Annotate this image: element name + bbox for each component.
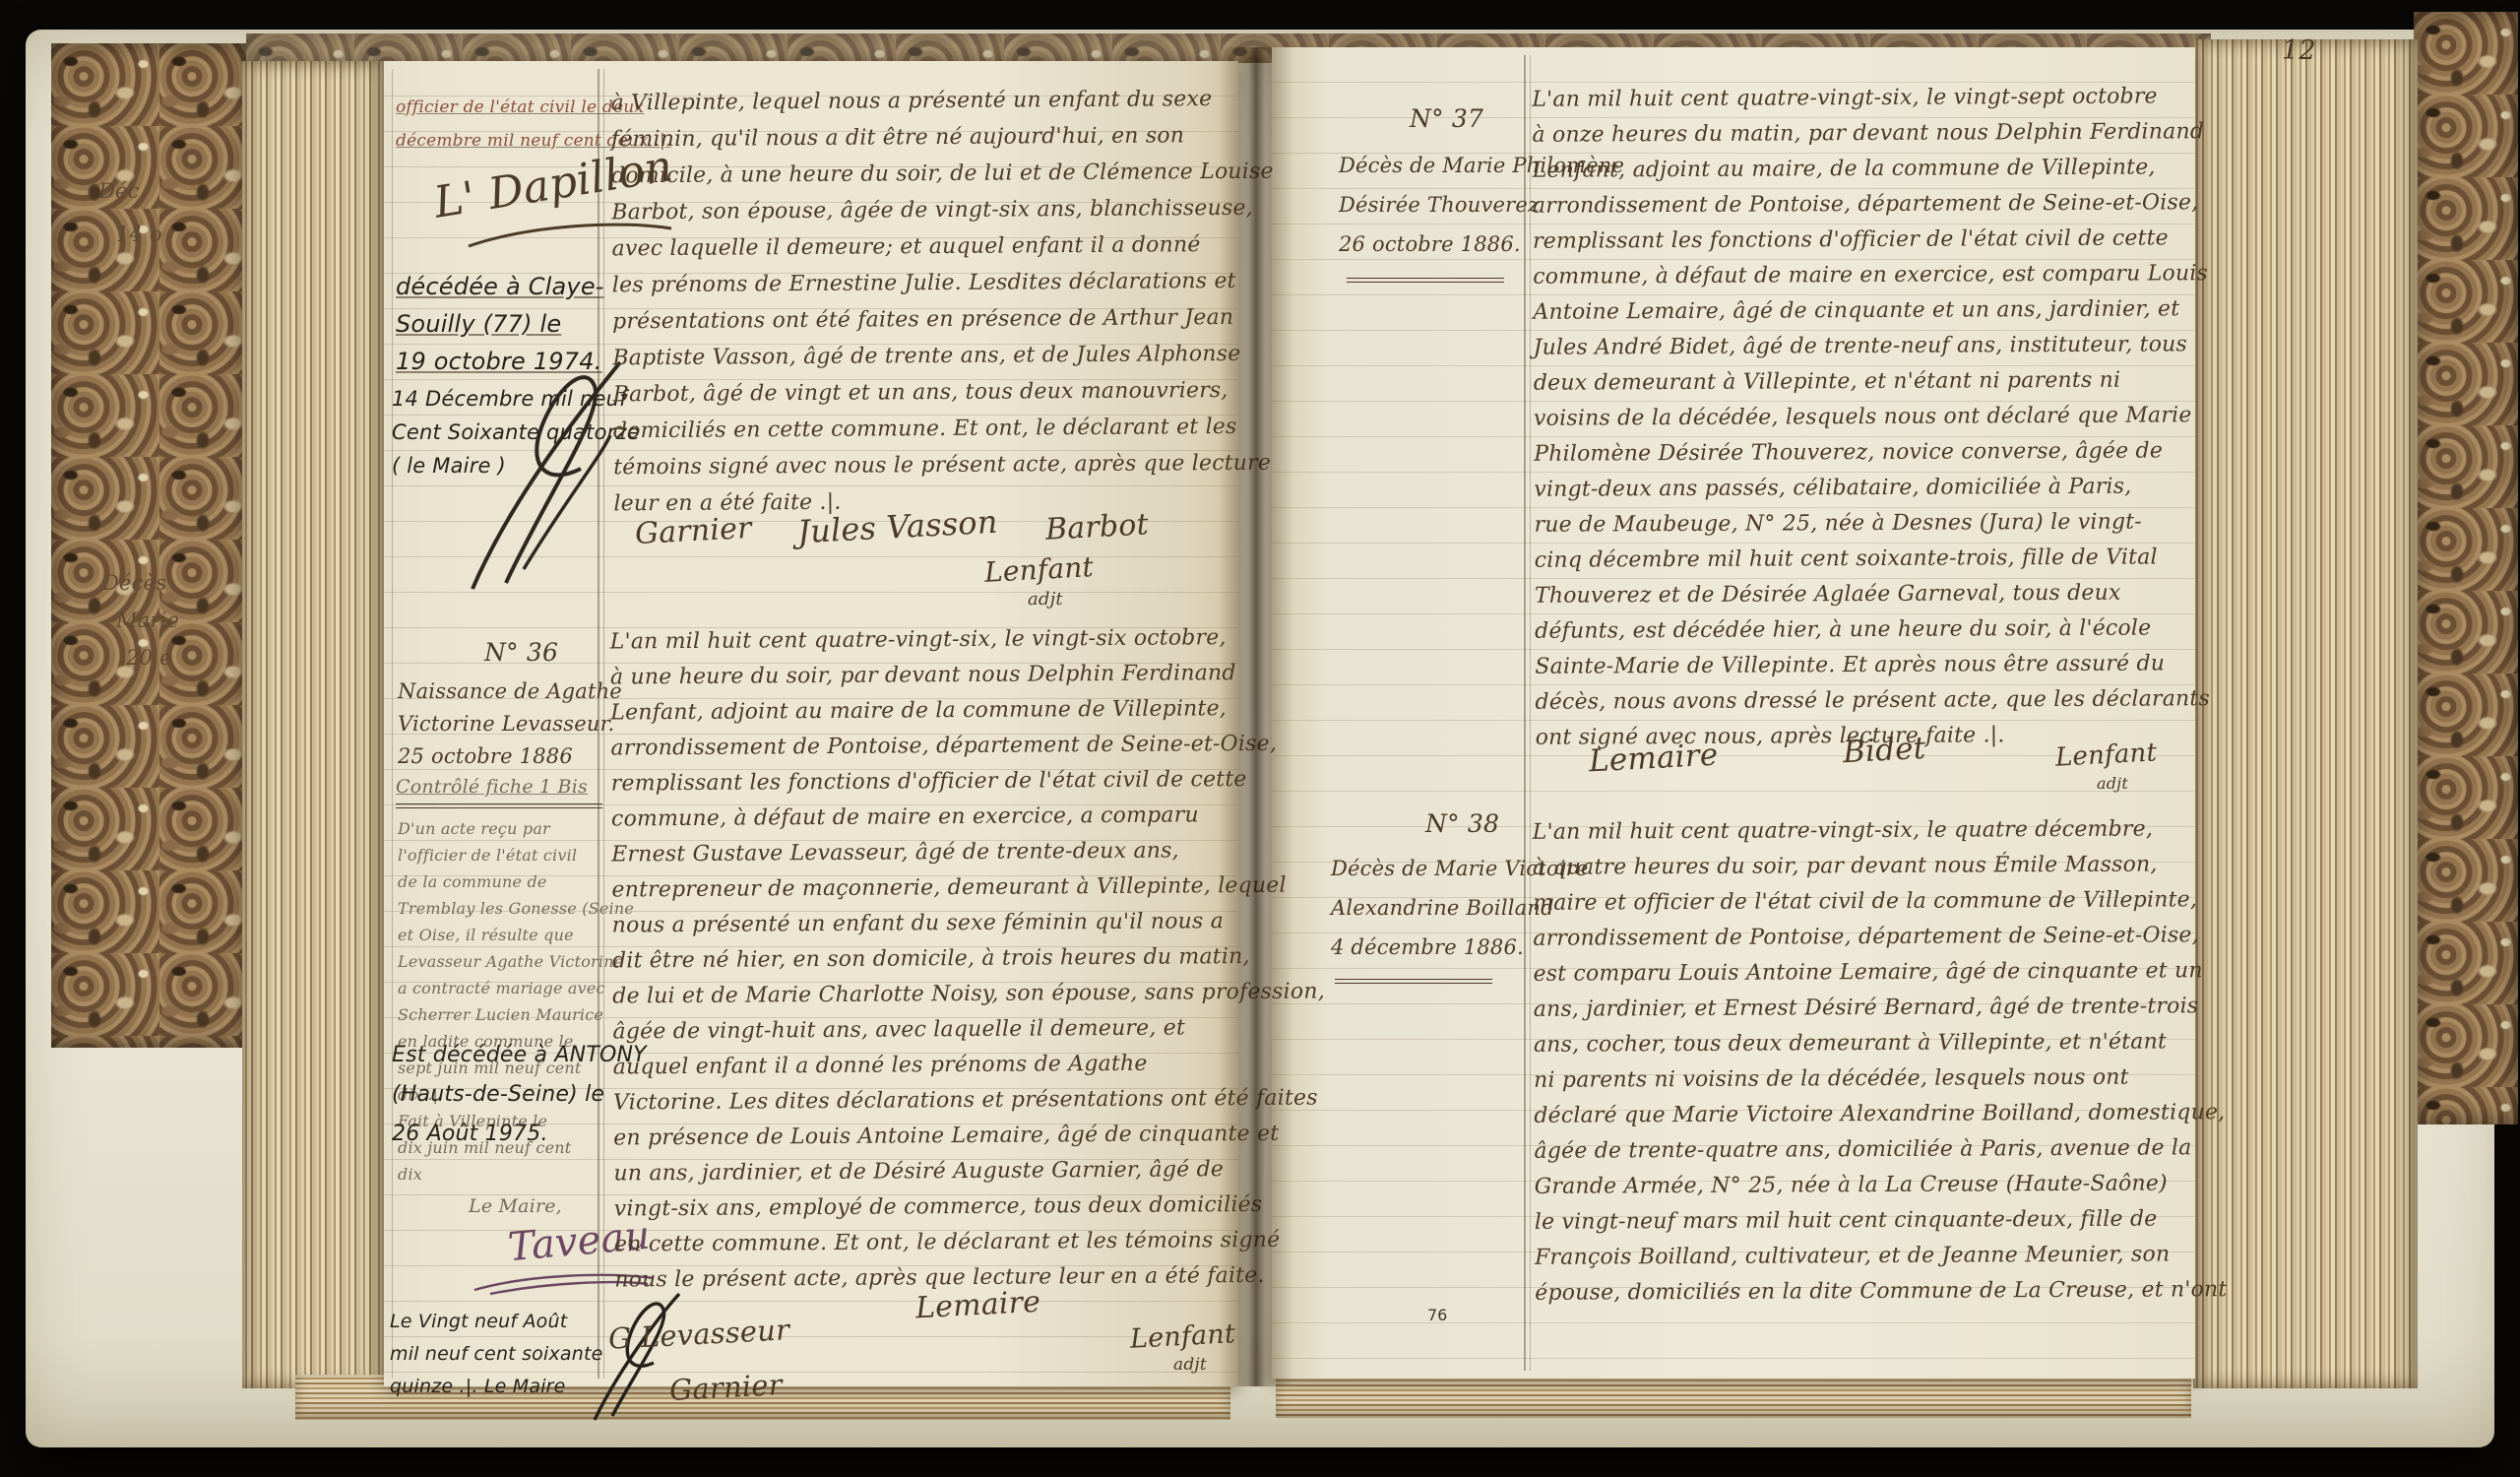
text-line: Sainte-Marie de Villepinte. Et après nou…	[1535, 646, 2210, 685]
text-line: Antoine Lemaire, âgé de cinquante et un …	[1533, 291, 2208, 331]
witness-signature: Barbot	[1044, 507, 1149, 546]
officer-signature: Lenfant	[1129, 1318, 1236, 1355]
text-line: avec laquelle il demeure; et auquel enfa…	[611, 226, 1274, 268]
text-line: L'an mil huit cent quatre-vingt-six, le …	[1532, 79, 2207, 118]
text-line: en présence de Louis Antoine Lemaire, âg…	[613, 1116, 1326, 1156]
text-line: est comparu Louis Antoine Lemaire, âgé d…	[1533, 953, 2225, 993]
act-number: N° 37	[1410, 104, 1483, 133]
text-line: Jules André Bidet, âgé de trente-neuf an…	[1534, 327, 2209, 366]
text-line: défunts, est décédée hier, à une heure d…	[1535, 610, 2210, 650]
text-line: dix	[398, 1161, 634, 1188]
text-line: L'an mil huit cent quatre-vingt-six, le …	[1533, 811, 2225, 851]
officer-signature: Lenfant	[983, 550, 1095, 589]
text-line: Tremblay les Gonesse (Seine	[398, 895, 634, 922]
text-line: de lui et de Marie Charlotte Noisy, son …	[612, 974, 1325, 1014]
text-line: âgée de trente-quatre ans, domiciliée à …	[1534, 1130, 2226, 1170]
act38-body: L'an mil huit cent quatre-vingt-six, le …	[1533, 811, 2228, 1312]
text-line: Lenfant, adjoint au maire de la commune …	[610, 690, 1323, 731]
text-line: un ans, jardinier, et de Désiré Auguste …	[613, 1151, 1326, 1191]
text-line: Le Vingt neuf Août	[390, 1306, 603, 1338]
mayor-label: Le Maire,	[469, 1195, 562, 1217]
text-line: Scherrer Lucien Maurice	[398, 1001, 634, 1028]
text-line: 25 octobre 1886	[398, 740, 622, 773]
text-line: l'officier de l'état civil	[398, 842, 634, 868]
act-number: N° 38	[1425, 809, 1499, 838]
text-line: les prénoms de Ernestine Julie. Lesdites…	[612, 263, 1275, 304]
act36-margin-title: Naissance de AgatheVictorine Levasseur.2…	[398, 675, 622, 773]
text-line: présentations ont été faites en présence…	[612, 299, 1275, 341]
text-line: Barbot, âgé de vingt et un ans, tous deu…	[613, 372, 1276, 414]
text-line: Est décédée à ANTONY	[392, 1036, 647, 1075]
text-line: ans, cocher, tous deux demeurant à Ville…	[1534, 1024, 2226, 1063]
text-line: féminin, qu'il nous a dit être né aujour…	[611, 117, 1274, 159]
text-line: Baptiste Vasson, âgé de trente ans, et d…	[612, 336, 1275, 377]
witness-signature: Garnier	[634, 511, 752, 551]
text-line: quinze .|. Le Maire	[390, 1371, 603, 1403]
text-line: remplissant les fonctions d'officier de …	[611, 761, 1324, 802]
printed-folio: 76	[1427, 1306, 1447, 1324]
text-line: remplissant les fonctions d'officier de …	[1533, 221, 2208, 260]
text-line: décès, nous avons dressé le présent acte…	[1535, 681, 2210, 721]
text-line: François Boilland, cultivateur, et de Je…	[1535, 1237, 2227, 1276]
text-line: à Villepinte, lequel nous a présenté un …	[610, 81, 1273, 122]
witness-signature: Lemaire	[1588, 738, 1719, 780]
text-line: Thouverez et de Désirée Aglaée Garneval,…	[1535, 575, 2210, 614]
text-line: Grande Armée, N° 25, née à la La Creuse …	[1535, 1166, 2227, 1205]
page-number: 12	[2282, 35, 2316, 66]
text-line: dit être né hier, en son domicile, à tro…	[612, 938, 1325, 979]
underpage-fragment: Marie	[116, 609, 179, 632]
text-line: commune, à défaut de maire en exercice, …	[611, 797, 1324, 837]
marbled-board-left	[51, 43, 246, 1048]
witness-signature: Lemaire	[914, 1285, 1041, 1326]
margin-divider	[1347, 278, 1504, 283]
text-line: déclaré que Marie Victoire Alexandrine B…	[1534, 1095, 2226, 1134]
text-line: entrepreneur de maçonnerie, demeurant à …	[611, 867, 1324, 908]
text-line: à quatre heures du soir, par devant nous…	[1533, 847, 2225, 886]
text-line: Naissance de Agathe	[398, 675, 622, 708]
text-line: Levasseur Agathe Victorine	[398, 948, 634, 975]
text-line: Victorine Levasseur.	[398, 708, 622, 740]
death-note-1975-part2: Le Vingt neuf Aoûtmil neuf cent soixante…	[390, 1306, 603, 1403]
text-line: ni parents ni voisins de la décédée, les…	[1534, 1060, 2226, 1099]
text-line: arrondissement de Pontoise, département …	[1533, 918, 2225, 957]
text-line: domiciliés en cette commune. Et ont, le …	[613, 409, 1276, 450]
text-line: vingt-six ans, employé de commerce, tous…	[614, 1187, 1327, 1227]
text-line: nous a présenté un enfant du sexe fémini…	[612, 903, 1325, 943]
act-number: N° 36	[484, 638, 558, 667]
text-line: rue de Maubeuge, N° 25, née à Desnes (Ju…	[1534, 504, 2209, 544]
text-line: mil neuf cent soixante	[390, 1338, 603, 1371]
text-line: a contracté mariage avec	[398, 975, 634, 1001]
text-line: décédée à Claye-	[396, 268, 604, 305]
officer-signature: Lenfant	[2054, 738, 2158, 772]
margin-divider	[396, 803, 602, 808]
text-line: Lenfant, adjoint au maire, de la commune…	[1533, 150, 2208, 189]
officer-title: adjt	[1173, 1355, 1207, 1375]
text-line: D'un acte reçu par	[398, 815, 634, 842]
text-line: commune, à défaut de maire en exercice, …	[1533, 256, 2208, 295]
text-line: et Oise, il résulte que	[398, 922, 634, 948]
text-line: Barbot, son épouse, âgée de vingt-six an…	[611, 190, 1274, 231]
text-line: témoins signé avec nous le présent acte,…	[613, 445, 1276, 486]
text-line: Ernest Gustave Levasseur, âgé de trente-…	[611, 832, 1324, 872]
text-line: auquel enfant il a donné les prénoms de …	[613, 1045, 1326, 1085]
underpage-fragment: 20 e	[126, 646, 172, 670]
underpage-fragment: Déc	[98, 179, 140, 203]
photo-of-register: Déc 14 o Décès Marie 20 e officier de l'…	[0, 0, 2520, 1477]
text-line: le vingt-neuf mars mil huit cent cinquan…	[1535, 1201, 2227, 1241]
act37-body: L'an mil huit cent quatre-vingt-six, le …	[1532, 79, 2210, 756]
control-note: Contrôlé fiche 1 Bis	[396, 776, 588, 798]
text-line: L'an mil huit cent quatre-vingt-six, le …	[610, 619, 1323, 660]
margin-divider	[1335, 979, 1492, 984]
text-line: en cette commune. Et ont, le déclarant e…	[614, 1222, 1327, 1262]
text-line: arrondissement de Pontoise, département …	[1533, 185, 2208, 225]
officer-title: adjt	[2097, 774, 2128, 793]
page-edge-rule	[392, 69, 393, 1379]
marbled-board-right	[2414, 12, 2518, 1124]
text-line: ans, jardinier, et Ernest Désiré Bernard…	[1534, 989, 2226, 1028]
text-line: à onze heures du matin, par devant nous …	[1532, 114, 2207, 154]
text-line: voisins de la décédée, lesquels nous ont…	[1534, 398, 2209, 437]
text-line: arrondissement de Pontoise, département …	[610, 726, 1323, 766]
underpage-fragment: 14 o	[116, 223, 162, 246]
text-line: deux demeurant à Villepinte, et n'étant …	[1534, 362, 2209, 402]
witness-signature: Bidet	[1842, 731, 1926, 770]
page-stack-right	[2193, 39, 2418, 1388]
text-line: domicile, à une heure du soir, de lui et…	[611, 154, 1274, 195]
text-line: Philomène Désirée Thouverez, novice conv…	[1534, 433, 2209, 473]
page-stack-left	[242, 61, 386, 1388]
text-line: âgée de vingt-huit ans, avec laquelle il…	[612, 1009, 1325, 1050]
text-line: épouse, domiciliés en la dite Commune de…	[1535, 1272, 2227, 1312]
text-line: vingt-deux ans passés, célibataire, domi…	[1534, 469, 2209, 508]
text-line: de la commune de	[398, 868, 634, 895]
officer-title: adjt	[1028, 589, 1063, 610]
act36-body: L'an mil huit cent quatre-vingt-six, le …	[610, 619, 1327, 1298]
text-line: cinq décembre mil huit cent soixante-tro…	[1535, 540, 2210, 579]
act35-body: à Villepinte, lequel nous a présenté un …	[610, 81, 1276, 523]
text-line: à une heure du soir, par devant nous Del…	[610, 655, 1323, 695]
text-line: maire et officier de l'état civil de la …	[1533, 882, 2225, 922]
underpage-fragment: Décès	[102, 571, 166, 595]
text-line: 26 Août 1975.	[392, 1115, 647, 1154]
text-line: (Hauts-de-Seine) le	[392, 1075, 647, 1115]
witness-signature: Garnier	[668, 1368, 783, 1407]
death-note-1975: Est décédée à ANTONY(Hauts-de-Seine) le2…	[392, 1036, 647, 1154]
text-line: Victorine. Les dites déclarations et pré…	[613, 1080, 1326, 1121]
